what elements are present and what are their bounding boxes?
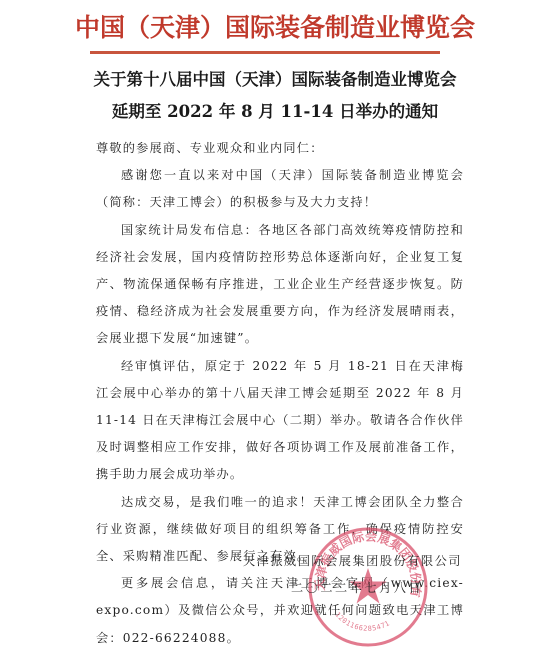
paragraph-statistics: 国家统计局发布信息：各地区各部门高效统筹疫情防控和经济社会发展，国内疫情防控形势… <box>96 217 464 353</box>
letterhead-divider <box>90 51 440 54</box>
signature-date: 二〇二二年七月八日 <box>291 579 423 596</box>
letterhead-title: 中国（天津）国际装备制造业博览会 <box>0 8 550 44</box>
signature-company: 天津振威国际会展集团股份有限公司 <box>243 552 462 569</box>
paragraph-thanks: 感谢您一直以来对中国（天津）国际装备制造业博览会（简称：天津工博会）的积极参与及… <box>96 162 464 216</box>
notice-title-line1: 关于第十八届中国（天津）国际装备制造业博览会 <box>0 66 550 90</box>
notice-title-line2: 延期至 2022 年 8 月 11-14 日举办的通知 <box>0 98 550 122</box>
paragraph-postponement: 经审慎评估，原定于 2022 年 5 月 18-21 日在天津梅江会展中心举办的… <box>96 353 464 489</box>
svg-text:1201166285471: 1201166285471 <box>333 611 391 633</box>
salutation: 尊敬的参展商、专业观众和业内同仁： <box>96 135 464 162</box>
